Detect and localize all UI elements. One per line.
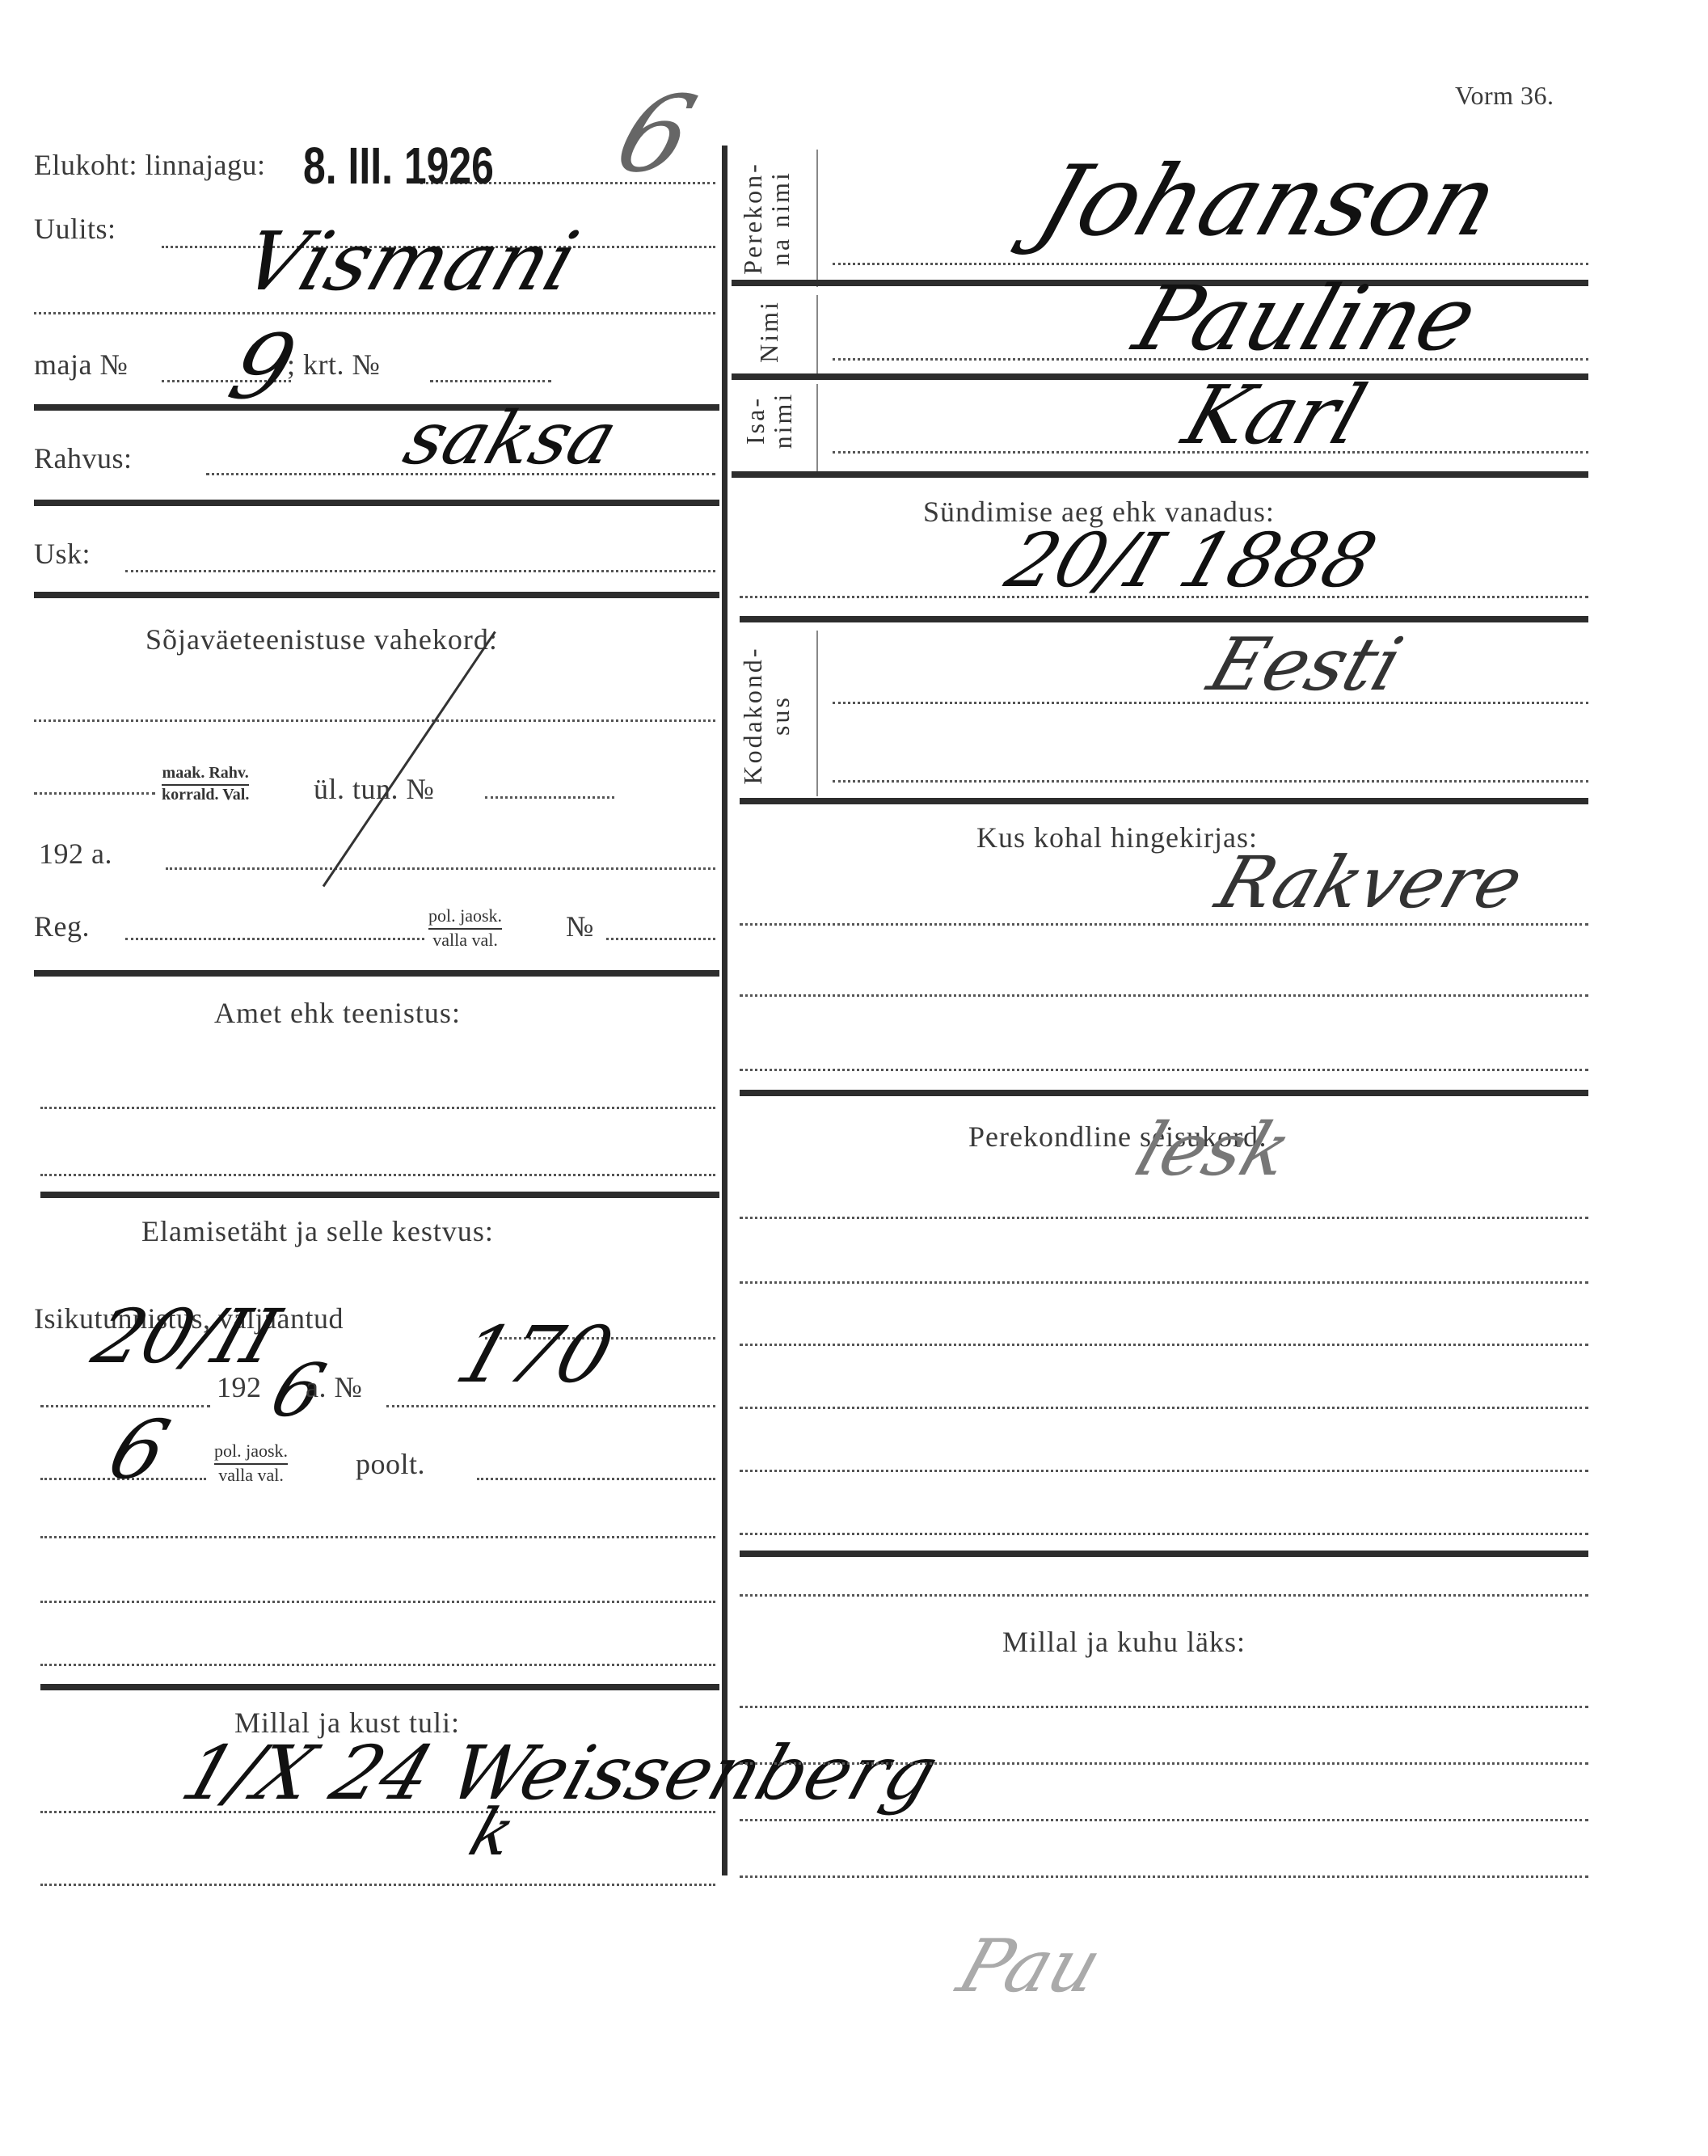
- divider: [740, 798, 1588, 804]
- form-number: Vorm 36.: [1455, 81, 1554, 111]
- number-line: [386, 1405, 715, 1407]
- millal-laks-heading: Millal ja kuhu läks:: [1002, 1625, 1246, 1659]
- issuer-value[interactable]: 6: [98, 1403, 180, 1497]
- perekonnanimi-value[interactable]: Johanson: [1024, 146, 1512, 258]
- millal-laks-line-3: [740, 1819, 1588, 1821]
- reg-no-label: №: [566, 909, 594, 943]
- fraction-bottom: valla val.: [428, 930, 502, 951]
- hingekirjas-heading: Kus kohal hingekirjas:: [976, 821, 1258, 854]
- bottom-signature: Pau: [948, 1924, 1111, 2009]
- label-column-line: [816, 384, 818, 473]
- amet-line: [40, 1107, 715, 1109]
- kodakondsus-value[interactable]: Eesti: [1199, 622, 1412, 707]
- uulits-line-2: [34, 312, 715, 314]
- hingekirjas-line-2: [740, 994, 1588, 997]
- perekondline-line-2: [740, 1281, 1588, 1284]
- divider: [34, 970, 719, 977]
- label-column-line: [816, 631, 818, 796]
- perekondline-line-7: [740, 1594, 1588, 1597]
- poolt-label: poolt.: [356, 1447, 425, 1481]
- issued-date-value[interactable]: 20/II: [83, 1293, 290, 1380]
- elukoht-label: Elukoht: linnajagu:: [34, 148, 265, 182]
- sojavae-line: [34, 719, 715, 722]
- usk-label: Usk:: [34, 537, 91, 571]
- year-line: [40, 1405, 210, 1407]
- isanimi-label: Isa- nimi: [742, 376, 796, 465]
- maja-label: maja №: [34, 348, 128, 382]
- divider: [40, 1684, 719, 1690]
- label-line-2: sus: [767, 631, 795, 800]
- poolt-line: [477, 1478, 715, 1480]
- amet-line-2: [40, 1174, 715, 1176]
- label-line-1: Perekon-: [740, 150, 767, 287]
- rahvus-label: Rahvus:: [34, 441, 133, 475]
- ul-tun-label: ül. tun. №: [314, 772, 434, 806]
- nimi-label: Nimi: [756, 291, 783, 372]
- millal-laks-line-2: [740, 1762, 1588, 1765]
- millal-laks-line-4: [740, 1875, 1588, 1878]
- hingekirjas-value[interactable]: Rakvere: [1207, 841, 1533, 924]
- nimi-value[interactable]: Pauline: [1123, 267, 1489, 370]
- sojavae-line-2: [34, 792, 155, 795]
- date-stamp: 8. III. 1926: [303, 136, 494, 196]
- perekondline-line-3: [740, 1344, 1588, 1346]
- fraction-bottom: valla val.: [214, 1465, 288, 1486]
- perekondline-line-5: [740, 1470, 1588, 1472]
- millal-tuli-line-2: [40, 1884, 715, 1886]
- cross-out-stroke: [323, 631, 496, 888]
- sundimise-value[interactable]: 20/I 1888: [997, 517, 1387, 604]
- krt-line: [430, 380, 551, 382]
- divider: [740, 1090, 1588, 1096]
- label-column-line: [816, 295, 818, 376]
- issuer-fraction: pol. jaosk. valla val.: [214, 1441, 288, 1486]
- reg-line: [125, 938, 424, 940]
- label-line-1: Kodakond-: [740, 631, 767, 800]
- reg-label: Reg.: [34, 909, 90, 943]
- divider: [740, 1551, 1588, 1557]
- millal-tuli-line: [40, 1811, 715, 1813]
- fraction-top: pol. jaosk.: [428, 905, 502, 930]
- divider: [732, 373, 1588, 380]
- millal-tuli-value[interactable]: 1/X 24 Weissenberg: [172, 1730, 949, 1816]
- label-line-2: nimi: [770, 376, 797, 465]
- uulits-value[interactable]: Vismani: [231, 214, 589, 309]
- a-no-label: a. №: [306, 1370, 362, 1404]
- corner-number: 6: [602, 73, 709, 196]
- label-line-2: na nimi: [767, 150, 795, 287]
- divider: [740, 616, 1588, 622]
- label-column-line: [816, 150, 818, 287]
- millal-laks-line: [740, 1706, 1588, 1708]
- elamis-line-2: [40, 1601, 715, 1603]
- ul-tun-line: [485, 796, 614, 799]
- krt-label: ; krt. №: [287, 348, 380, 382]
- sundimise-line: [740, 596, 1588, 598]
- fraction-top: maak. Rahv.: [162, 764, 249, 786]
- hingekirjas-line: [740, 923, 1588, 926]
- perekondline-line-4: [740, 1407, 1588, 1409]
- hingekirjas-line-3: [740, 1069, 1588, 1071]
- elamis-year-label: 192: [217, 1370, 262, 1404]
- divider: [34, 592, 719, 598]
- divider: [34, 500, 719, 506]
- center-divider: [722, 146, 727, 1875]
- year-label: 192 a.: [39, 837, 112, 871]
- perekondline-line-6: [740, 1533, 1588, 1535]
- amet-heading: Amet ehk teenistus:: [214, 996, 461, 1030]
- uulits-label: Uulits:: [34, 212, 116, 246]
- perekondline-value[interactable]: lesk: [1126, 1108, 1301, 1192]
- reg-fraction: pol. jaosk. valla val.: [428, 905, 502, 951]
- kodakondsus-label: Kodakond- sus: [740, 631, 794, 800]
- elamisetaht-heading: Elamisetäht ja selle kestvus:: [141, 1214, 494, 1248]
- perekondline-line: [740, 1217, 1588, 1219]
- label-line-1: Isa-: [742, 376, 770, 465]
- isanimi-value[interactable]: Karl: [1173, 368, 1377, 462]
- elamis-line: [40, 1536, 715, 1538]
- usk-line: [125, 570, 715, 572]
- number-value[interactable]: 170: [446, 1310, 624, 1400]
- divider: [40, 1192, 719, 1198]
- elamis-line-3: [40, 1664, 715, 1666]
- fraction-bottom: korrald. Val.: [162, 786, 249, 804]
- reg-no-line: [606, 938, 715, 940]
- kodakondsus-line-2: [833, 780, 1588, 783]
- sojavae-fraction: maak. Rahv. korrald. Val.: [162, 764, 249, 804]
- kodakondsus-line: [833, 702, 1588, 704]
- year-line: [166, 867, 715, 870]
- perekonnanimi-label: Perekon- na nimi: [740, 150, 794, 287]
- perekonnanimi-line: [833, 263, 1588, 265]
- divider: [732, 471, 1588, 478]
- rahvus-value[interactable]: saksa: [394, 396, 627, 481]
- fraction-top: pol. jaosk.: [214, 1441, 288, 1465]
- sojavae-heading: Sõjaväeteenistuse vahekord:: [145, 622, 498, 656]
